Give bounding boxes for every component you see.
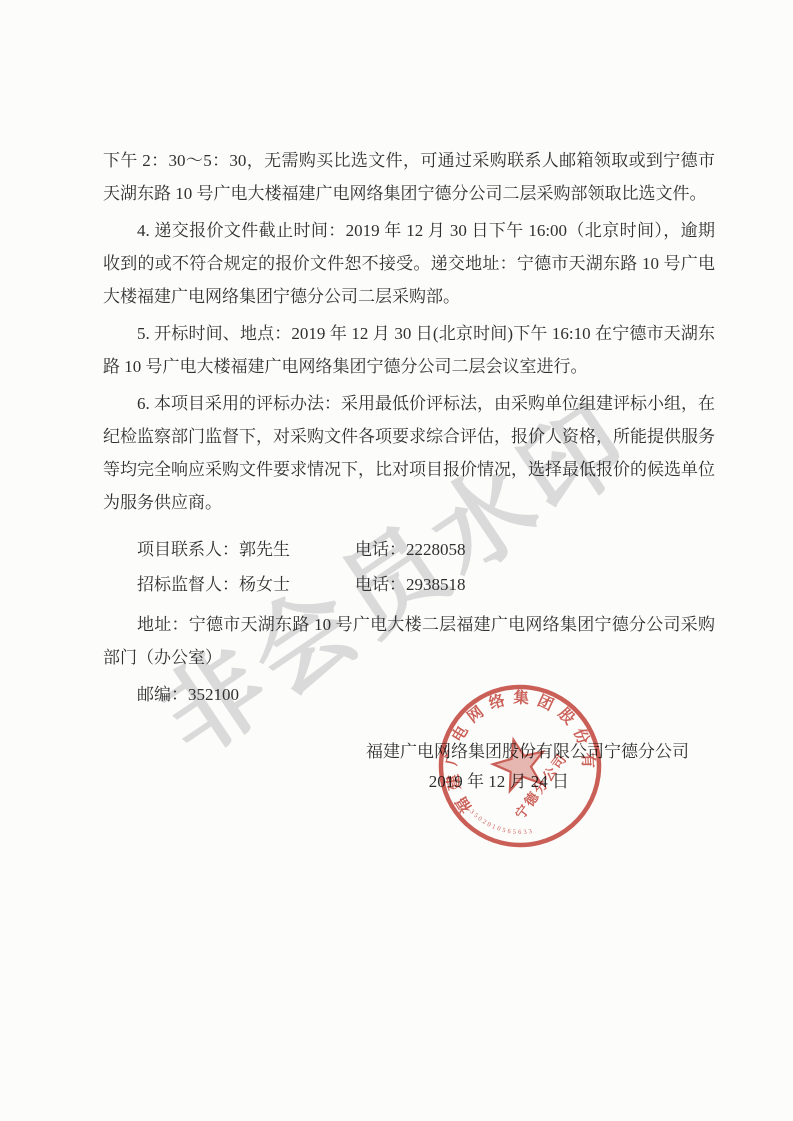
paragraph-5-bid-opening: 5. 开标时间、地点：2019 年 12 月 30 日(北京时间)下午 16:1… xyxy=(103,317,715,383)
contact-person-phone: 电话：2228058 xyxy=(355,532,466,567)
contact-person-name: 郭先生 xyxy=(239,540,290,559)
paragraph-office-hours: 下午 2：30～5：30，无需购买比选文件，可通过采购联系人邮箱领取或到宁德市天… xyxy=(103,144,715,210)
supervisor-name: 杨女士 xyxy=(239,575,290,594)
official-seal: 福建广电网络集团股份有限公司 宁德分公司 3502010565633 xyxy=(437,683,603,849)
supervisor-label: 招标监督人： xyxy=(137,575,239,594)
contact-person-label: 项目联系人： xyxy=(137,540,239,559)
contact-person-label-and-name: 项目联系人：郭先生 xyxy=(137,532,355,567)
address-line: 地址：宁德市天湖东路 10 号广电大楼二层福建广电网络集团宁德分公司采购部门（办… xyxy=(103,608,715,674)
signature-company: 福建广电网络集团股份有限公司宁德分公司 xyxy=(103,737,715,767)
paragraph-6-evaluation-method: 6. 本项目采用的评标办法：采用最低价评标法，由采购单位组建评标小组，在纪检监察… xyxy=(103,387,715,519)
phone-value: 2938518 xyxy=(406,575,466,594)
phone-label: 电话： xyxy=(355,540,406,559)
supervisor-label-and-name: 招标监督人：杨女士 xyxy=(137,567,355,602)
paragraph-4-submission-deadline: 4. 递交报价文件截止时间：2019 年 12 月 30 日下午 16:00（北… xyxy=(103,214,715,313)
scanned-document-page: 非会员水印 下午 2：30～5：30，无需购买比选文件，可通过采购联系人邮箱领取… xyxy=(0,0,793,1121)
signature-block: 福建广电网络集团股份有限公司宁德分公司 2019 年 12 月 24 日 xyxy=(103,737,715,797)
document-body: 下午 2：30～5：30，无需购买比选文件，可通过采购联系人邮箱领取或到宁德市天… xyxy=(103,144,715,797)
contact-block: 项目联系人：郭先生 电话：2228058 招标监督人：杨女士 电话：293851… xyxy=(103,532,715,602)
contact-row-project: 项目联系人：郭先生 电话：2228058 xyxy=(103,532,715,567)
postal-code-line: 邮编：352100 xyxy=(103,678,715,711)
signature-date: 2019 年 12 月 24 日 xyxy=(103,767,715,797)
supervisor-phone: 电话：2938518 xyxy=(355,567,466,602)
phone-value: 2228058 xyxy=(406,540,466,559)
contact-row-supervisor: 招标监督人：杨女士 电话：2938518 xyxy=(103,567,715,602)
phone-label: 电话： xyxy=(355,575,406,594)
